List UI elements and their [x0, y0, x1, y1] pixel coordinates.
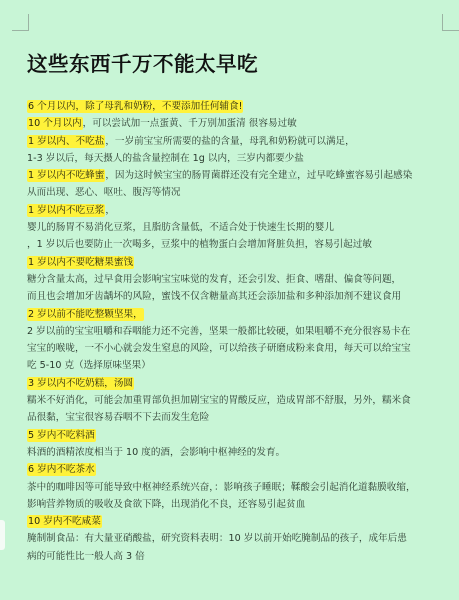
heading-continuation: ，可以尝试加一点蛋黄、千万别加蛋清 很容易过敏 — [83, 118, 297, 129]
section-heading-line: 5 岁内不吃料酒 — [27, 427, 447, 444]
section-heading-line: 6 岁内不吃茶水 — [27, 461, 447, 478]
section-heading-line: 1 岁以内、不吃盐，一岁前宝宝所需要的盐的含量，母乳和奶粉就可以满足， — [27, 133, 447, 150]
highlighted-heading: 1 岁以内、不吃盐 — [27, 135, 105, 148]
section-body-line: 糯米不好消化，可能会加重胃部负担加剧宝宝的胃酸反应，造成胃部不舒服，另外，糯米食 — [27, 392, 447, 409]
heading-continuation: ， — [105, 205, 115, 216]
section-heading-line: 10 个月以内，可以尝试加一点蛋黄、千万别加蛋清 很容易过敏 — [27, 115, 447, 132]
section-body-line: 婴儿的肠胃不易消化豆浆，且脂肪含量低，不适合处于快速生长期的婴儿 — [27, 219, 447, 236]
section-body-line: 而且也会增加牙齿龋坏的风险，蜜饯不仅含糖量高其还会添加盐和多种添加剂不建议食用 — [27, 288, 447, 305]
section-body-line: 病的可能性比一般人高 3 倍 — [27, 548, 447, 565]
section-body-line: 从而出现、恶心、呕吐、腹泻等情况 — [27, 184, 447, 201]
section-body-line: 腌制制食品：有大量亚硝酸盐，研究资料表明：10 岁以前开始吃腌制品的孩子，成年后… — [27, 530, 447, 547]
section-heading-line: 2 岁以前不能吃整颗坚果， — [27, 306, 447, 323]
section-heading-line: 10 岁内不吃咸菜 — [27, 513, 447, 530]
section-body-line: 糖分含量太高，过早食用会影响宝宝味觉的发育，还会引发、拒食、嗜甜、偏食等问题， — [27, 271, 447, 288]
heading-continuation: ，一岁前宝宝所需要的盐的含量，母乳和奶粉就可以满足， — [105, 136, 354, 147]
highlighted-heading: 3 岁以内不吃奶糕，汤圆 — [27, 377, 134, 390]
section-body-line: 茶中的咖啡因等可能导致中枢神经系统兴奋，：影响孩子睡眠；鞣酸会引起消化道黏膜收缩… — [27, 479, 447, 496]
highlighted-heading: 10 岁内不吃咸菜 — [27, 515, 102, 528]
highlighted-heading: 10 个月以内 — [27, 117, 83, 130]
highlighted-heading: 6 岁内不吃茶水 — [27, 463, 96, 476]
section-body-line: 料酒的酒精浓度相当于 10 度的酒，会影响中枢神经的发育。 — [27, 444, 447, 461]
section-body-line: 2 岁以前的宝宝咀嚼和吞咽能力还不完善，坚果一般都比较硬，如果咀嚼不充分很容易卡… — [27, 323, 447, 340]
side-panel-handle[interactable] — [0, 520, 5, 550]
highlighted-heading: 1 岁以内不吃蜂蜜 — [27, 169, 105, 182]
highlighted-heading: 5 岁内不吃料酒 — [27, 429, 96, 442]
section-body-line: 1-3 岁以后，每天摄人的盐含量控制在 1g 以内，三岁内都要少盐 — [27, 150, 447, 167]
document-body: 6 个月以内，除了母乳和奶粉，不要添加任何辅食!10 个月以内，可以尝试加一点蛋… — [27, 98, 447, 565]
section-heading-line: 1 岁以内不吃蜂蜜，因为这时候宝宝的肠胃菌群还没有完全建立，过早吃蜂蜜容易引起感… — [27, 167, 447, 184]
page-corner-mark-top-right — [442, 14, 459, 31]
section-body-line: 影响营养物质的吸收及食欲下降，出现消化不良，还容易引起贫血 — [27, 496, 447, 513]
highlighted-heading: 1 岁以内不吃豆浆 — [27, 204, 105, 217]
highlighted-heading: 6 个月以内，除了母乳和奶粉，不要添加任何辅食! — [27, 100, 243, 113]
section-heading-line: 1 岁以内不要吃糖果蜜饯 — [27, 254, 447, 271]
section-body-line: 宝宝的喉咙，一不小心就会发生窒息的风险，可以给孩子研磨成粉来食用，每天可以给宝宝 — [27, 340, 447, 357]
heading-continuation: ，因为这时候宝宝的肠胃菌群还没有完全建立，过早吃蜂蜜容易引起感染 — [105, 170, 412, 181]
document-title: 这些东西千万不能太早吃 — [27, 52, 447, 76]
section-heading-line: 6 个月以内，除了母乳和奶粉，不要添加任何辅食! — [27, 98, 447, 115]
section-body-line: ，1 岁以后也要防止一次喝多，豆浆中的植物蛋白会增加肾脏负担，容易引起过敏 — [27, 236, 447, 253]
section-heading-line: 3 岁以内不吃奶糕，汤圆 — [27, 375, 447, 392]
highlighted-heading: 2 岁以前不能吃整颗坚果， — [27, 308, 144, 321]
document-page: 这些东西千万不能太早吃 6 个月以内，除了母乳和奶粉，不要添加任何辅食!10 个… — [27, 52, 447, 565]
section-body-line: 品很黏，宝宝很容易吞咽不下去而发生危险 — [27, 409, 447, 426]
page-corner-mark-top-left — [12, 14, 29, 31]
highlighted-heading: 1 岁以内不要吃糖果蜜饯 — [27, 256, 134, 269]
section-body-line: 吃 5-10 克（选择原味坚果） — [27, 357, 447, 374]
section-heading-line: 1 岁以内不吃豆浆， — [27, 202, 447, 219]
